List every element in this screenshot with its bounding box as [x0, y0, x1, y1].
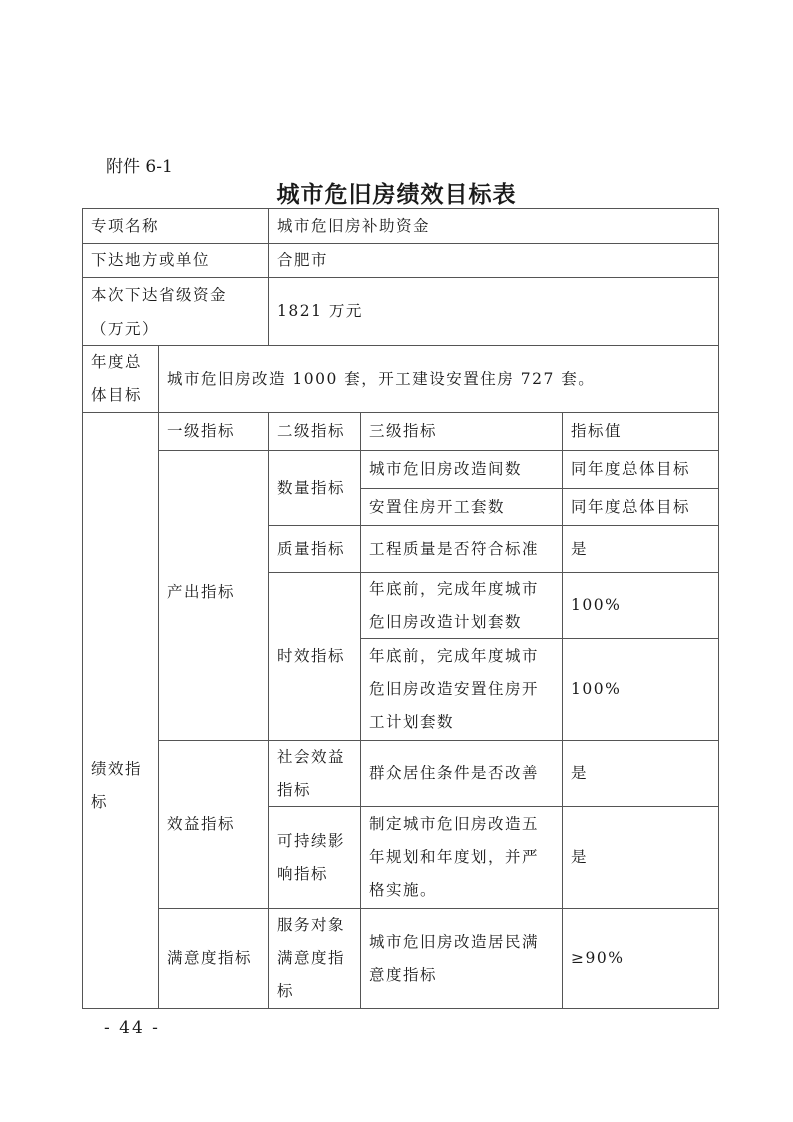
- annual-goal-value: 城市危旧房改造 1000 套，开工建设安置住房 727 套。: [158, 345, 719, 413]
- level2-service-satisfaction: 服务对象满意度指标: [268, 908, 361, 1009]
- funds-label: 本次下达省级资金（万元）: [82, 277, 269, 346]
- table-row-level3: 制定城市危旧房改造五年规划和年度划，并严格实施。: [360, 806, 563, 909]
- table-row-level3: 城市危旧房改造间数: [360, 450, 563, 489]
- level1-output: 产出指标: [158, 450, 269, 741]
- table-row-value: 是: [562, 806, 719, 909]
- table-row-value: 是: [562, 525, 719, 573]
- project-name-value: 城市危旧房补助资金: [268, 208, 719, 244]
- table-row-level3: 年底前，完成年度城市危旧房改造安置住房开工计划套数: [360, 638, 563, 741]
- table-row-level3: 年底前，完成年度城市危旧房改造计划套数: [360, 572, 563, 639]
- level1-satisfaction: 满意度指标: [158, 908, 269, 1009]
- page-number: - 44 -: [104, 1018, 160, 1038]
- level1-benefit: 效益指标: [158, 740, 269, 909]
- recipient-label: 下达地方或单位: [82, 243, 269, 278]
- table-row-level3: 群众居住条件是否改善: [360, 740, 563, 807]
- column-header-value: 指标值: [562, 412, 719, 451]
- table-row-value: ≥90%: [562, 908, 719, 1009]
- table-row-level3: 安置住房开工套数: [360, 488, 563, 526]
- level2-social-benefit: 社会效益指标: [268, 740, 361, 807]
- table-row-value: 100%: [562, 572, 719, 639]
- table-row-value: 同年度总体目标: [562, 488, 719, 526]
- attachment-label: 附件 6-1: [106, 152, 173, 177]
- table-row-value: 是: [562, 740, 719, 807]
- page-title: 城市危旧房绩效目标表: [0, 176, 793, 209]
- column-header-level1: 一级指标: [158, 412, 269, 451]
- project-name-label: 专项名称: [82, 208, 269, 244]
- table-row-level3: 城市危旧房改造居民满意度指标: [360, 908, 563, 1009]
- column-header-level2: 二级指标: [268, 412, 361, 451]
- recipient-value: 合肥市: [268, 243, 719, 278]
- column-header-level3: 三级指标: [360, 412, 563, 451]
- table-row-level3: 工程质量是否符合标准: [360, 525, 563, 573]
- level2-timeliness: 时效指标: [268, 572, 361, 741]
- funds-value: 1821 万元: [268, 277, 719, 346]
- level2-quantity: 数量指标: [268, 450, 361, 526]
- table-row-value: 100%: [562, 638, 719, 741]
- annual-goal-label: 年度总体目标: [82, 345, 159, 413]
- level2-sustainability: 可持续影响指标: [268, 806, 361, 909]
- level2-quality: 质量指标: [268, 525, 361, 573]
- table-row-value: 同年度总体目标: [562, 450, 719, 489]
- indicators-section-label: 绩效指标: [82, 412, 159, 1009]
